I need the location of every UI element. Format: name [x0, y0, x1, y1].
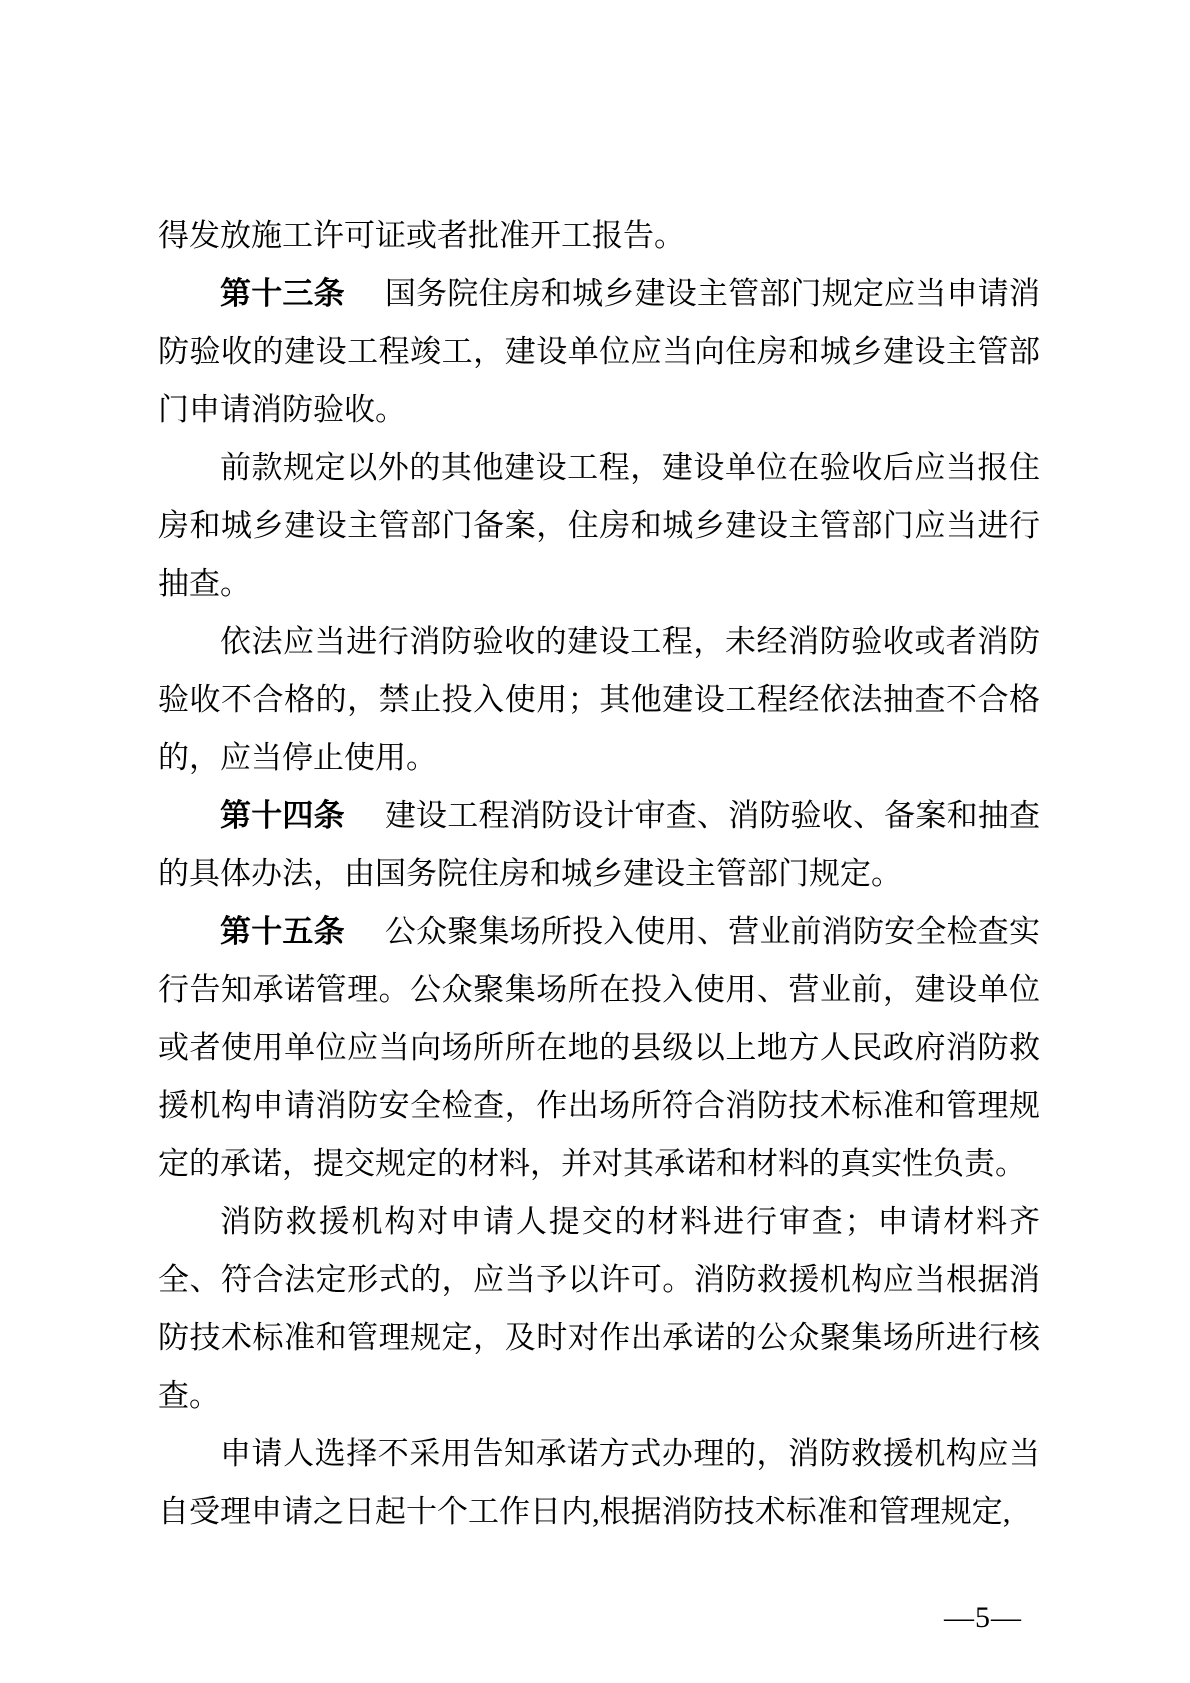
- paragraph: 第十三条国务院住房和城乡建设主管部门规定应当申请消防验收的建设工程竣工，建设单位…: [158, 265, 1040, 439]
- paragraph: 消防救援机构对申请人提交的材料进行审查；申请材料齐全、符合法定形式的，应当予以许…: [158, 1193, 1040, 1425]
- paragraph-text: 公众聚集场所投入使用、营业前消防安全检查实行告知承诺管理。公众聚集场所在投入使用…: [158, 914, 1040, 1181]
- paragraph: 第十五条公众聚集场所投入使用、营业前消防安全检查实行告知承诺管理。公众聚集场所在…: [158, 903, 1040, 1193]
- article-number: 第十四条: [220, 798, 345, 833]
- article-number: 第十三条: [220, 276, 345, 311]
- article-number: 第十五条: [220, 914, 345, 949]
- paragraph: 依法应当进行消防验收的建设工程，未经消防验收或者消防验收不合格的，禁止投入使用；…: [158, 613, 1040, 787]
- paragraph-text: 前款规定以外的其他建设工程，建设单位在验收后应当报住房和城乡建设主管部门备案，住…: [158, 450, 1040, 601]
- paragraph: 前款规定以外的其他建设工程，建设单位在验收后应当报住房和城乡建设主管部门备案，住…: [158, 439, 1040, 613]
- paragraph-text: 申请人选择不采用告知承诺方式办理的，消防救援机构应当自受理申请之日起十个工作日内…: [158, 1436, 1040, 1529]
- paragraph: 第十四条建设工程消防设计审查、消防验收、备案和抽查的具体办法，由国务院住房和城乡…: [158, 787, 1040, 903]
- paragraph: 得发放施工许可证或者批准开工报告。: [158, 207, 1040, 265]
- paragraph-text: 消防救援机构对申请人提交的材料进行审查；申请材料齐全、符合法定形式的，应当予以许…: [158, 1204, 1040, 1413]
- paragraph-text: 依法应当进行消防验收的建设工程，未经消防验收或者消防验收不合格的，禁止投入使用；…: [158, 624, 1040, 775]
- page-number: —5—: [944, 1600, 1022, 1636]
- paragraph: 申请人选择不采用告知承诺方式办理的，消防救援机构应当自受理申请之日起十个工作日内…: [158, 1425, 1040, 1541]
- paragraph-text: 得发放施工许可证或者批准开工报告。: [158, 218, 685, 253]
- document-page: 得发放施工许可证或者批准开工报告。第十三条国务院住房和城乡建设主管部门规定应当申…: [0, 0, 1190, 1683]
- document-body: 得发放施工许可证或者批准开工报告。第十三条国务院住房和城乡建设主管部门规定应当申…: [158, 207, 1040, 1541]
